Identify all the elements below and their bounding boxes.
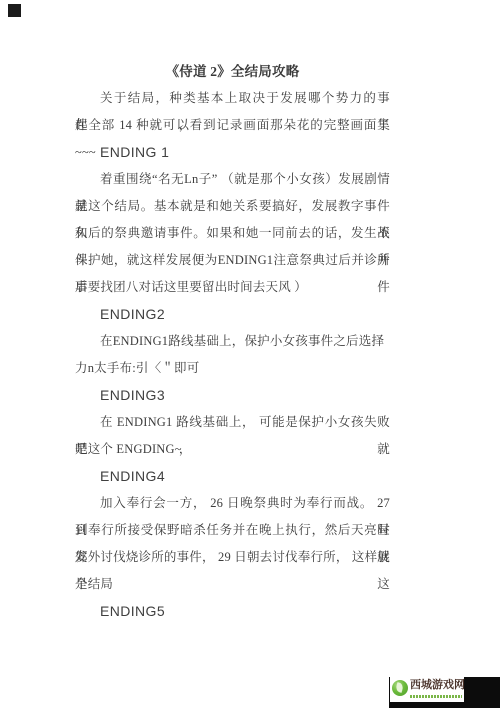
watermark-site-name: 西城游戏网 [410,678,462,693]
leaf-logo-icon [392,680,408,696]
heading-ending-5: ENDING5 [75,598,390,625]
doc-line: 关于结局，种类基本上取决于发展哪个势力的事件， 集 [75,85,390,112]
doc-line: 在 ENDING1 路线基础上， 可能是保护小女孩失败吧， 就 [75,409,390,436]
doc-line: 在ENDING1路线基础上，保护小女孩事件之后选择 [75,328,390,355]
doc-line: 郊外讨伐烧诊所的事件， 29 日朝去讨伐奉行所， 这样就是这 [75,544,390,571]
heading-ending-1: ENDING 1 [75,139,390,166]
watermark-subtext-strip [410,695,462,698]
doc-line: 久后的祭典邀请事件。如果和她一同前去的话，发生战斗并 [75,220,390,247]
watermark-badge: 西城游戏网 [389,677,500,708]
page-title: 《侍道 2》全结局攻略 [75,58,390,85]
heading-ending-2: ENDING2 [75,301,390,328]
doc-line: 到奉行所接受保野暗杀任务并在晚上执行，然后天亮时发展 [75,517,390,544]
doc-line: 力n太手布:引〈＂即可 [75,355,390,382]
heading-ending-3: ENDING3 [75,382,390,409]
heading-ending-4: ENDING4 [75,463,390,490]
doc-line: 加入奉行会一方， 26 日晚祭典时为奉行而战。 27 日昼 [75,490,390,517]
document-page: 《侍道 2》全结局攻略 关于结局，种类基本上取决于发展哪个势力的事件， 集 起全… [0,0,500,708]
document-body: 《侍道 2》全结局攻略 关于结局，种类基本上取决于发展哪个势力的事件， 集 起全… [75,58,390,625]
watermark-text-group: 西城游戏网 [410,678,462,698]
doc-line: 保护她，就这样发展便为ENDING1注意祭典过后并诊所事件 [75,247,390,274]
doc-line: 着重围绕“名无Ln子” （就是那个小女孩）发展剧情就 [75,166,390,193]
watermark-label: 西城游戏网 [390,677,464,702]
corner-artifact-mark [8,4,21,17]
doc-line: 起全部 14 种就可以看到记录画面那朵花的完整画面了 ~~~ [75,112,390,139]
doc-line: 是这个结局。基本就是和她关系要搞好，发展教字事件和不 [75,193,390,220]
